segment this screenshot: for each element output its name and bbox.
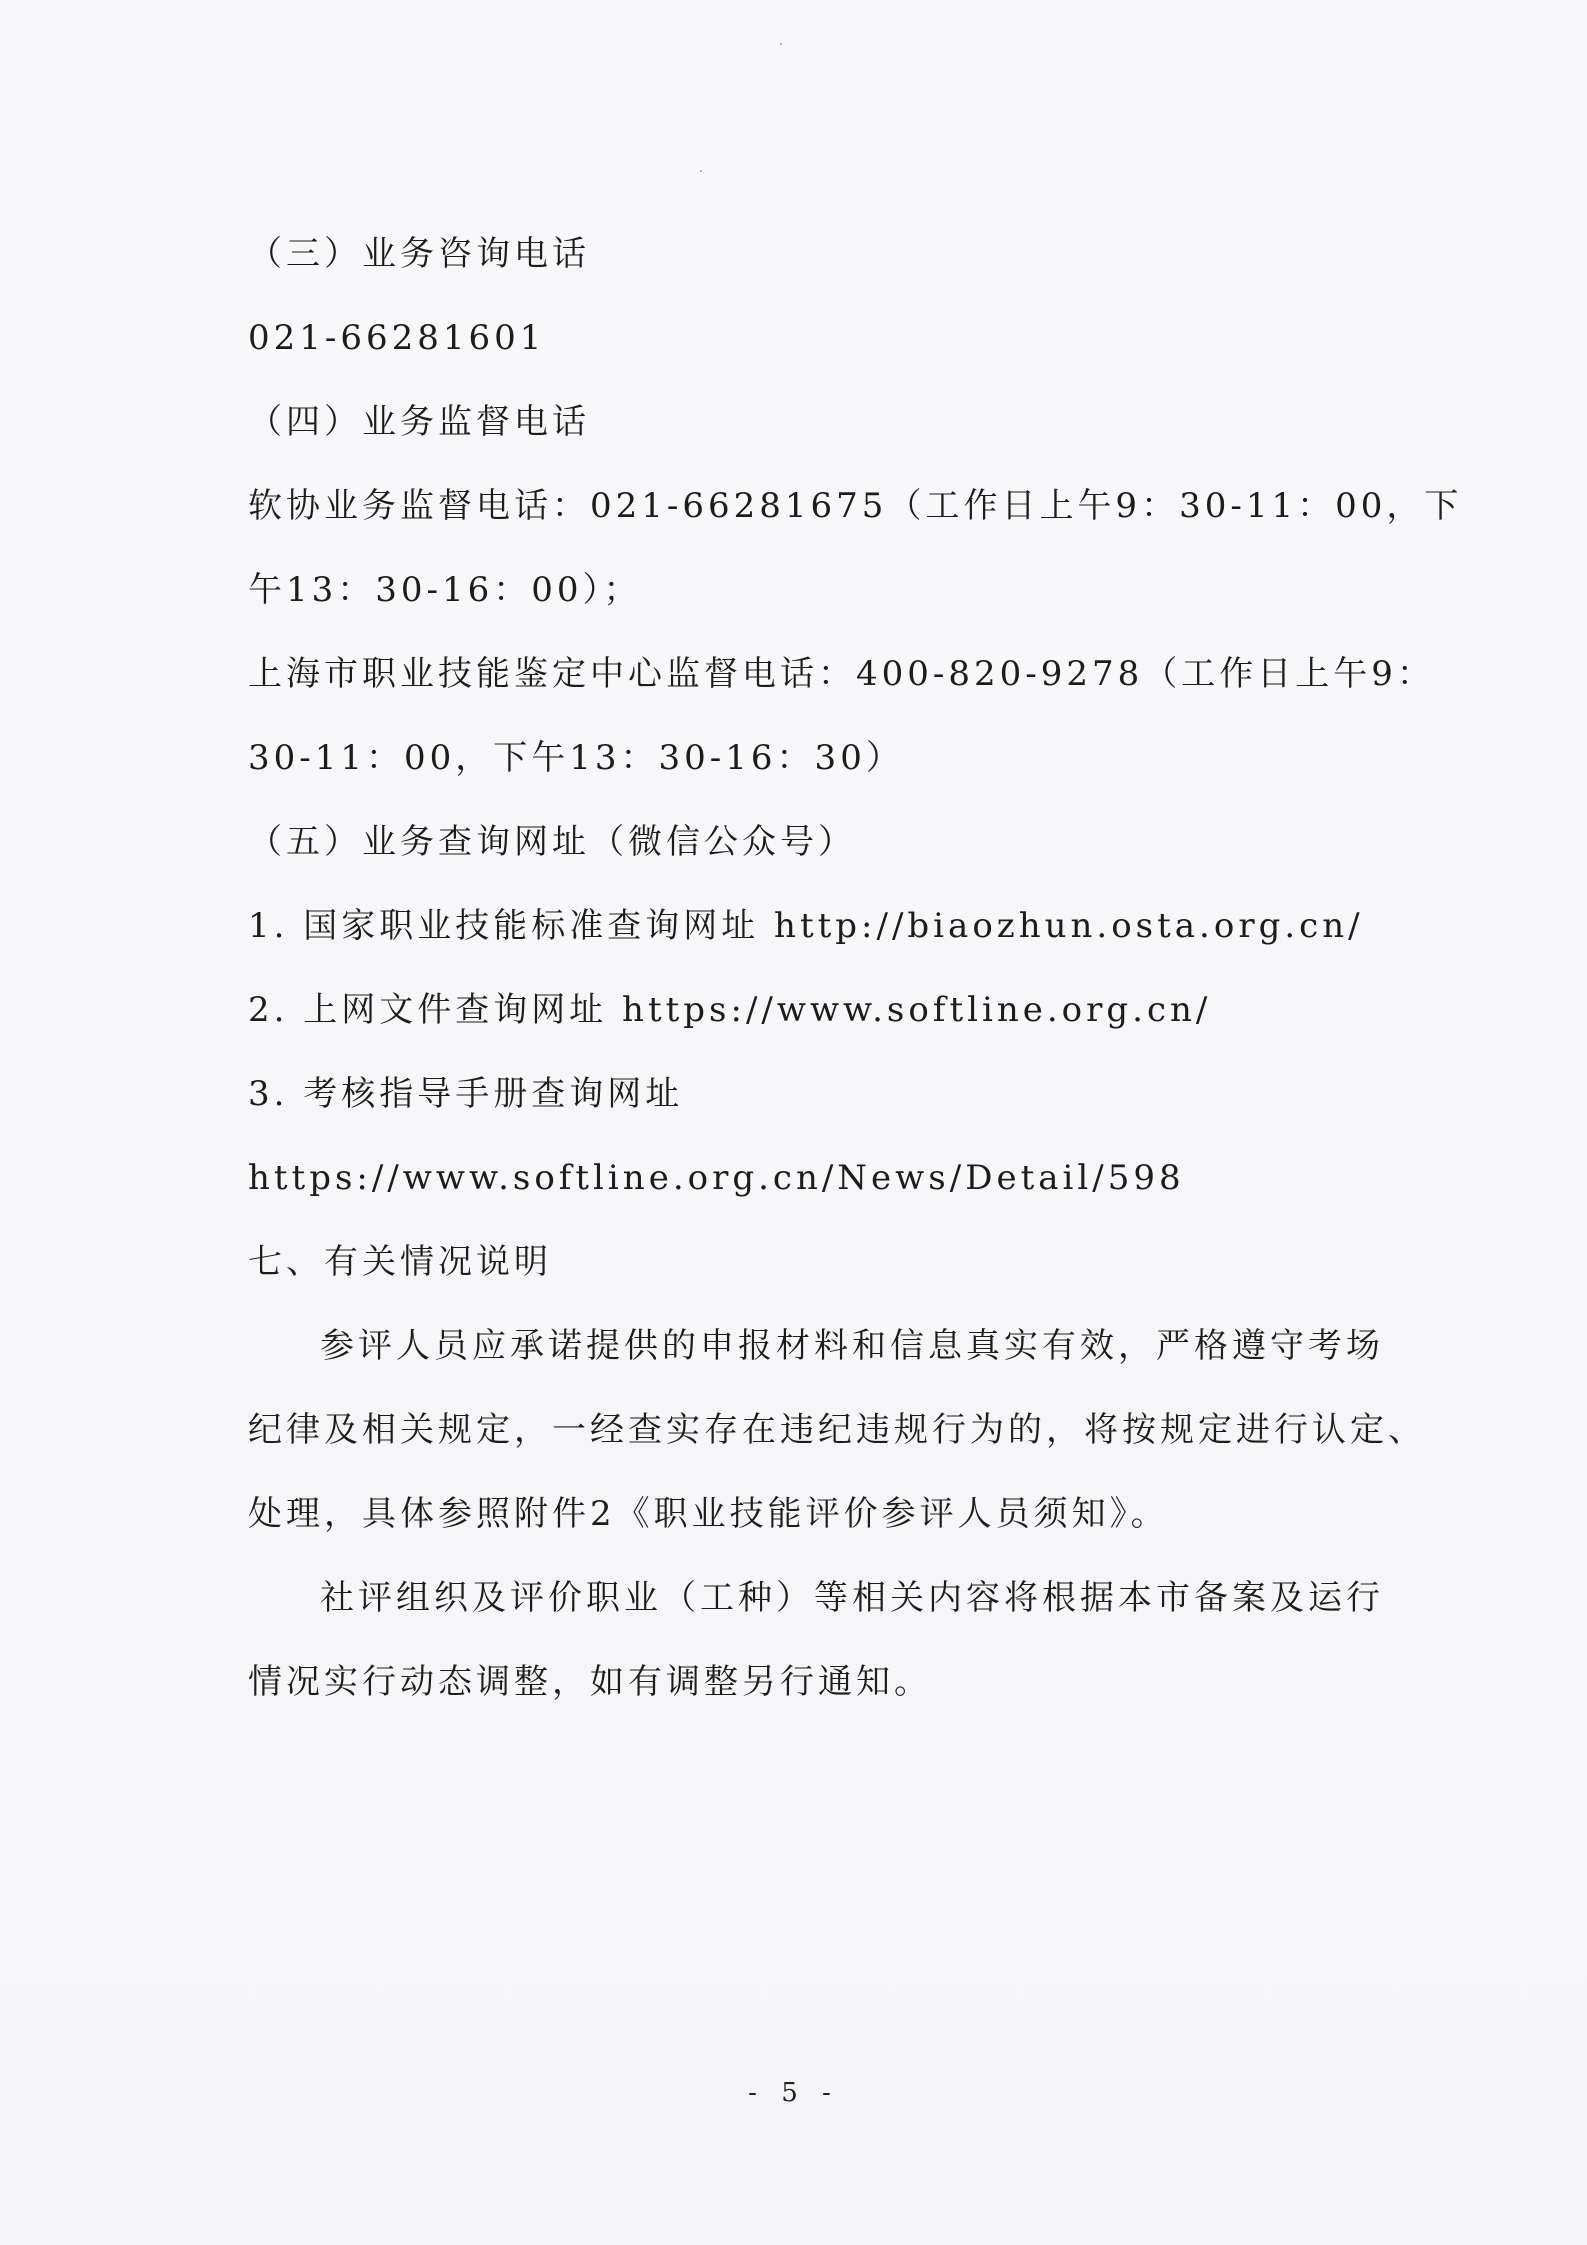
url-item-manual-link: https://www.softline.org.cn/News/Detail/… bbox=[248, 1136, 1348, 1220]
url-item-manual-label: 3. 考核指导手册查询网址 bbox=[248, 1052, 1348, 1136]
page-number: - 5 - bbox=[0, 2078, 1587, 2108]
paragraph-line: 参评人员应承诺提供的申报材料和信息真实有效，严格遵守考场 bbox=[248, 1304, 1348, 1388]
paragraph-line: 纪律及相关规定，一经查实存在违纪违规行为的，将按规定进行认定、 bbox=[248, 1388, 1348, 1472]
softline-supervision-phone-line2: 午13：30-16：00）； bbox=[248, 548, 1348, 632]
scan-speck bbox=[700, 170, 702, 172]
paragraph-line: 情况实行动态调整，如有调整另行通知。 bbox=[248, 1640, 1348, 1724]
section-heading-notes: 七、有关情况说明 bbox=[248, 1220, 1348, 1304]
section-heading-query-urls: （五）业务查询网址（微信公众号） bbox=[248, 800, 1348, 884]
center-supervision-phone-line1: 上海市职业技能鉴定中心监督电话：400-820-9278（工作日上午9： bbox=[248, 632, 1348, 716]
section-heading-supervision-phone: （四）业务监督电话 bbox=[248, 380, 1348, 464]
url-item-standards: 1. 国家职业技能标准查询网址 http://biaozhun.osta.org… bbox=[248, 884, 1348, 968]
url-item-files: 2. 上网文件查询网址 https://www.softline.org.cn/ bbox=[248, 968, 1348, 1052]
paragraph-candidate-commitment: 参评人员应承诺提供的申报材料和信息真实有效，严格遵守考场 纪律及相关规定，一经查… bbox=[248, 1304, 1348, 1556]
document-page: （三）业务咨询电话 021-66281601 （四）业务监督电话 软协业务监督电… bbox=[0, 0, 1587, 2245]
document-body: （三）业务咨询电话 021-66281601 （四）业务监督电话 软协业务监督电… bbox=[248, 212, 1348, 1724]
softline-supervision-phone-line1: 软协业务监督电话：021-66281675（工作日上午9：30-11：00，下 bbox=[248, 464, 1348, 548]
paragraph-line: 处理，具体参照附件2《职业技能评价参评人员须知》。 bbox=[248, 1472, 1348, 1556]
paragraph-dynamic-adjustment: 社评组织及评价职业（工种）等相关内容将根据本市备案及运行 情况实行动态调整，如有… bbox=[248, 1556, 1348, 1724]
section-heading-consult-phone: （三）业务咨询电话 bbox=[248, 212, 1348, 296]
scan-speck bbox=[780, 43, 782, 45]
center-supervision-phone-line2: 30-11：00，下午13：30-16：30） bbox=[248, 716, 1348, 800]
consult-phone-number: 021-66281601 bbox=[248, 296, 1348, 380]
paragraph-line: 社评组织及评价职业（工种）等相关内容将根据本市备案及运行 bbox=[248, 1556, 1348, 1640]
